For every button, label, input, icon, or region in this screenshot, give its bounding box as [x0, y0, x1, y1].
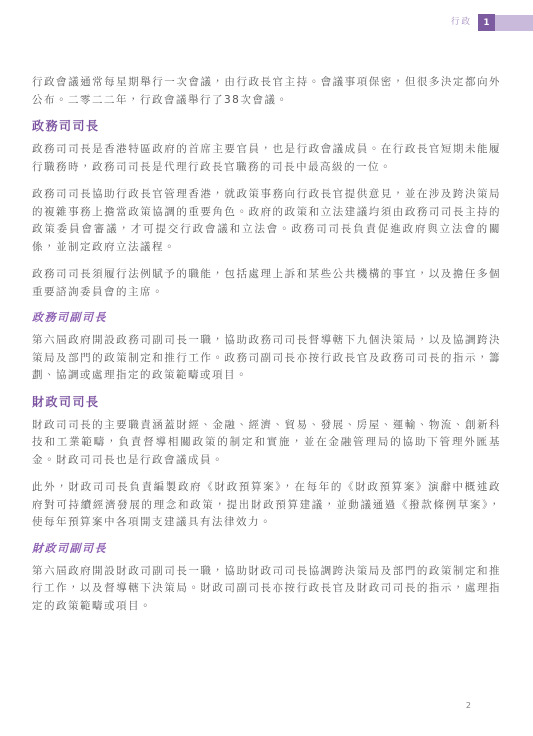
- paragraph-chief-secretary-duties: 政務司司長協助行政長官管理香港，就政策事務向行政長官提供意見，並在涉及跨決策局的…: [32, 186, 501, 256]
- chapter-tab: 行政 1: [451, 14, 533, 31]
- paragraph-chief-secretary-role: 政務司司長是香港特區政府的首席主要官員，也是行政會議成員。在行政長官短期未能履行…: [32, 141, 501, 176]
- chapter-tab-bar: [495, 15, 533, 31]
- paragraph-deputy-chief-secretary: 第六屆政府開設政務司副司長一職，協助政務司司長督導轄下九個決策局，以及協調跨決策…: [32, 332, 501, 385]
- paragraph-deputy-financial-secretary: 第六屆政府開設財政司副司長一職，協助財政司司長協調跨決策局及部門的政策制定和推行…: [32, 563, 501, 616]
- section-heading-chief-secretary: 政務司司長: [32, 119, 501, 134]
- sub-heading-deputy-financial-secretary: 財政司副司長: [32, 542, 501, 556]
- page-footer: 2: [466, 693, 471, 712]
- paragraph-financial-secretary-budget: 此外，財政司司長負責編製政府《財政預算案》，在每年的《財政預算案》演辭中概述政府…: [32, 479, 501, 532]
- paragraph-financial-secretary-role: 財政司司長的主要職責涵蓋財經、金融、經濟、貿易、發展、房屋、運輸、物流、創新科技…: [32, 417, 501, 470]
- paragraph-exco-meetings: 行政會議通常每星期舉行一次會議，由行政長官主持。會議事項保密，但很多決定都向外公…: [32, 74, 501, 109]
- page-number: 2: [466, 701, 471, 710]
- document-page: 行政 1 行政會議通常每星期舉行一次會議，由行政長官主持。會議事項保密，但很多決…: [0, 0, 533, 736]
- page-content: 行政會議通常每星期舉行一次會議，由行政長官主持。會議事項保密，但很多決定都向外公…: [32, 74, 501, 625]
- chapter-label: 行政: [451, 14, 472, 31]
- section-heading-financial-secretary: 財政司司長: [32, 395, 501, 410]
- paragraph-chief-secretary-statutory: 政務司司長須履行法例賦予的職能，包括處理上訴和某些公共機構的事宜，以及擔任多個重…: [32, 266, 501, 301]
- chapter-number-badge: 1: [478, 14, 495, 31]
- sub-heading-deputy-chief-secretary: 政務司副司長: [32, 311, 501, 325]
